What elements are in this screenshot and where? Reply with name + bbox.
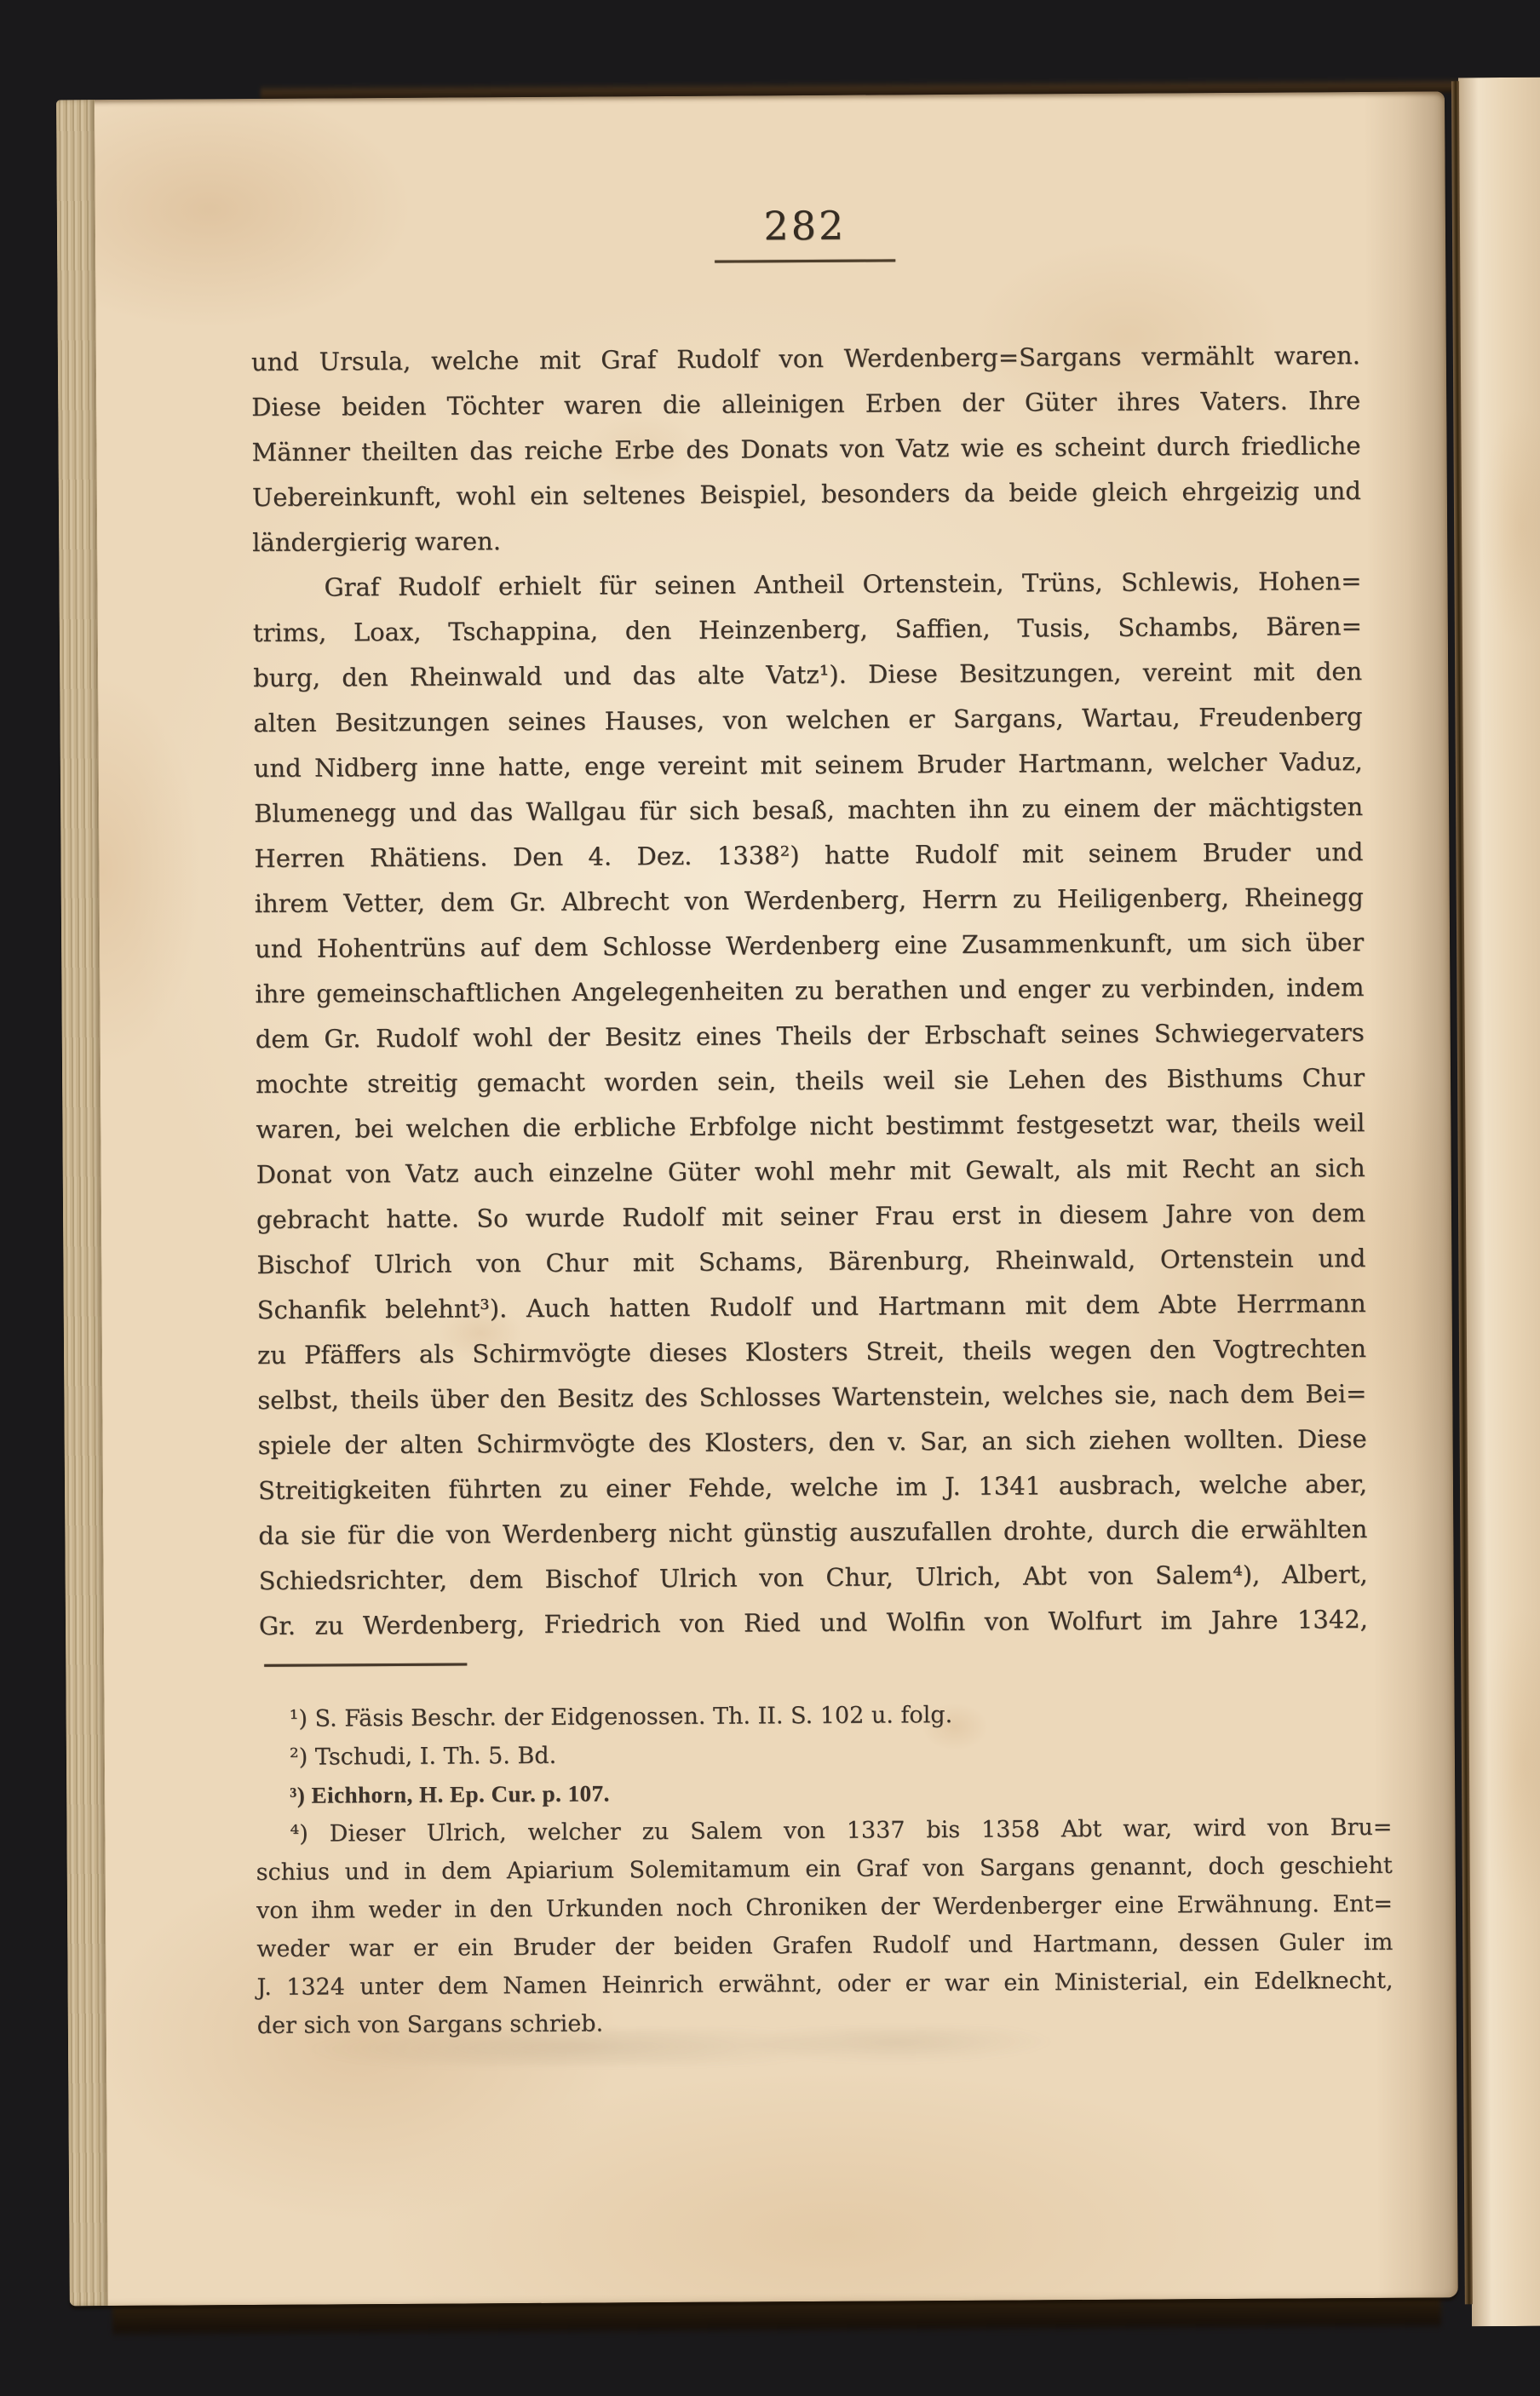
page-header: 282 (250, 199, 1359, 266)
body-line: spiele der alten Schirmvögte des Kloster… (258, 1416, 1367, 1468)
body-line: ihrem Vetter, dem Gr. Albrecht von Werde… (255, 875, 1364, 927)
footnote-line: weder war er ein Bruder der beiden Grafe… (256, 1923, 1393, 1968)
body-line: Streitigkeiten führten zu einer Fehde, w… (258, 1462, 1367, 1514)
footnote-line: von ihm weder in den Urkunden noch Chron… (256, 1885, 1393, 1930)
body-line: Graf Rudolf erhielt für seinen Antheil O… (252, 559, 1361, 611)
footnote-line: schius und in dem Apiarium Solemitamum e… (256, 1847, 1393, 1892)
body-line: Herren Rhätiens. Den 4. Dez. 1338²) hatt… (254, 830, 1363, 882)
page-edge-stack (56, 100, 108, 2306)
body-line: trims, Loax, Tschappina, den Heinzenberg… (253, 604, 1362, 656)
footnote-line: ²) Tschudi, I. Th. 5. Bd. (256, 1732, 1392, 1777)
footnote-line: ¹) S. Fäsis Beschr. der Eidgenossen. Th.… (256, 1693, 1392, 1738)
body-line: Diese beiden Töchter waren die alleinige… (251, 378, 1360, 430)
footnote-line: ³) Eichhorn, H. Ep. Cur. p. 107. (256, 1770, 1392, 1815)
show-through-smudge (273, 2025, 1073, 2068)
body-line: Männer theilten das reiche Erbe des Dona… (251, 423, 1360, 475)
footnote-separator-rule (264, 1663, 467, 1666)
body-line: waren, bei welchen die erbliche Erbfolge… (256, 1100, 1365, 1152)
body-line: gebracht hatte. So wurde Rudolf mit sein… (256, 1191, 1365, 1243)
body-line: ländergierig waren. (252, 514, 1361, 566)
footnotes: ¹) S. Fäsis Beschr. der Eidgenossen. Th.… (256, 1693, 1393, 2045)
left-page: 282 und Ursula, welche mit Graf Rudolf v… (56, 91, 1458, 2306)
scanner-background: { "page": { "number": "282" }, "colors":… (0, 0, 1540, 2396)
body-line: Gr. zu Werdenberg, Friedrich von Ried un… (259, 1597, 1368, 1649)
body-line: alten Besitzungen seines Hauses, von wel… (253, 694, 1362, 746)
body-line: und Hohentrüns auf dem Schlosse Werdenbe… (255, 920, 1364, 972)
page-number-rule (715, 259, 895, 262)
body-line: dem Gr. Rudolf wohl der Besitz eines The… (256, 1010, 1365, 1062)
book-scan: 282 und Ursula, welche mit Graf Rudolf v… (48, 72, 1540, 2347)
body-line: burg, den Rheinwald und das alte Vatz¹).… (253, 649, 1362, 701)
body-line: Schiedsrichter, dem Bischof Ulrich von C… (258, 1552, 1367, 1604)
body-line: ihre gemeinschaftlichen Angelegenheiten … (255, 965, 1364, 1017)
body-line: selbst, theils über den Besitz des Schlo… (257, 1371, 1366, 1423)
body-text: und Ursula, welche mit Graf Rudolf von W… (251, 333, 1368, 1649)
body-line: und Ursula, welche mit Graf Rudolf von W… (251, 333, 1360, 385)
body-line: und Nidberg inne hatte, enge vereint mit… (254, 739, 1363, 791)
body-line: Uebereinkunft, wohl ein seltenes Beispie… (252, 468, 1361, 520)
body-line: mochte streitig gemacht worden sein, the… (256, 1055, 1365, 1107)
footnote-line: ⁴) Dieser Ulrich, welcher zu Salem von 1… (256, 1808, 1392, 1853)
body-line: Blumenegg und das Wallgau für sich besaß… (254, 784, 1363, 836)
body-line: Donat von Vatz auch einzelne Güter wohl … (256, 1146, 1365, 1198)
body-line: zu Pfäffers als Schirmvögte dieses Klost… (257, 1326, 1366, 1378)
body-line: Bischof Ulrich von Chur mit Schams, Bäre… (256, 1236, 1365, 1288)
body-line: da sie für die von Werdenberg nicht güns… (258, 1507, 1367, 1559)
page-number: 282 (250, 199, 1359, 252)
footnote-line: J. 1324 unter dem Namen Heinrich erwähnt… (256, 1962, 1393, 2007)
body-line: Schanfik belehnt³). Auch hatten Rudolf u… (257, 1281, 1366, 1333)
